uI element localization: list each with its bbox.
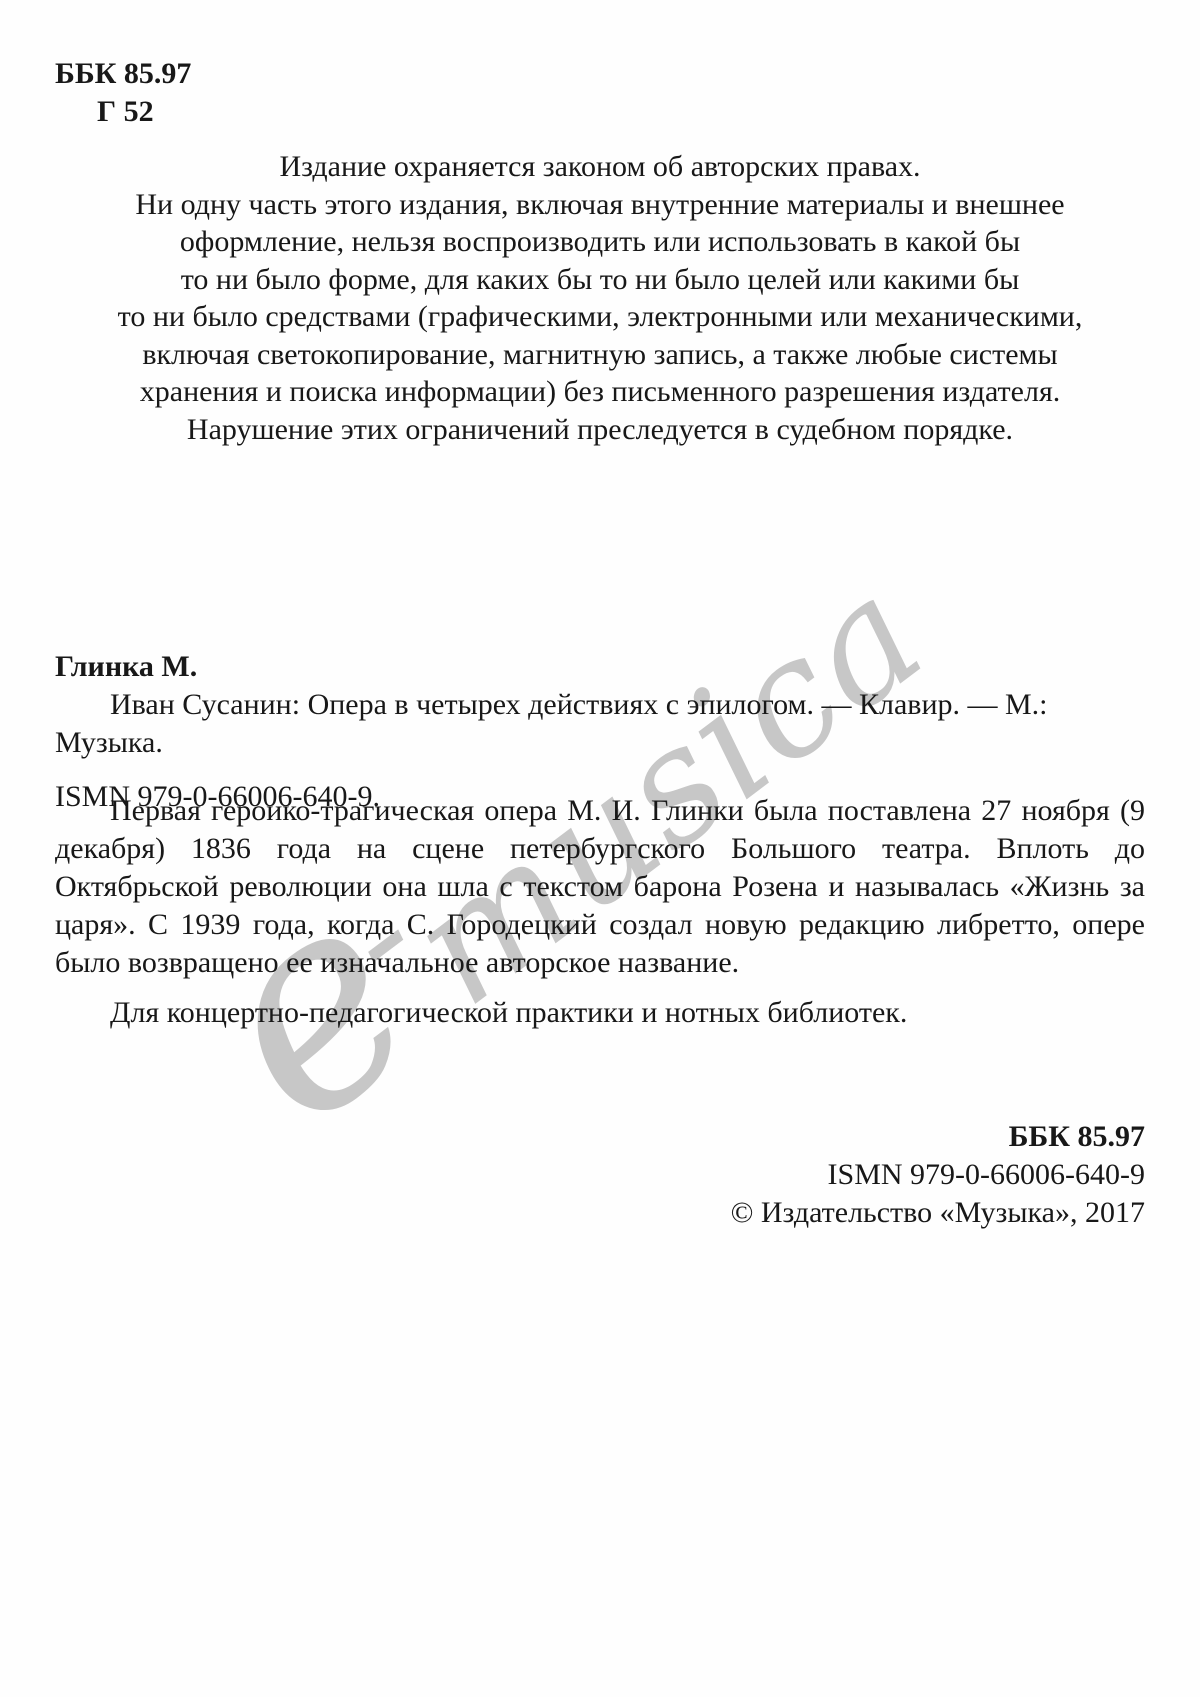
notice-line: Ни одну часть этого издания, включая вну… (50, 186, 1150, 224)
bbk-code: ББК 85.97 (55, 55, 191, 93)
copyright-notice: Издание охраняется законом об авторских … (50, 148, 1150, 448)
imprint-bbk: ББК 85.97 (731, 1118, 1145, 1156)
audience-line: Для концертно-педагогической практики и … (55, 994, 1145, 1032)
notice-line: оформление, нельзя воспроизводить или ис… (50, 223, 1150, 261)
annotation-paragraph: Первая героико-трагическая опера М. И. Г… (55, 792, 1145, 982)
imprint-ismn: ISMN 979-0-66006-640-9 (731, 1156, 1145, 1194)
notice-line: Нарушение этих ограничений преследуется … (50, 411, 1150, 449)
notice-line: то ни было форме, для каких бы то ни был… (50, 261, 1150, 299)
notice-line: включая светокопирование, магнитную запи… (50, 336, 1150, 374)
bibliographic-entry: Иван Сусанин: Опера в четырех действиях … (55, 686, 1145, 762)
catalog-entry-block: Глинка М. Иван Сусанин: Опера в четырех … (55, 648, 1145, 816)
notice-line: Издание охраняется законом об авторских … (50, 148, 1150, 186)
classification-codes: ББК 85.97 Г 52 (55, 55, 191, 131)
author-sign-code: Г 52 (55, 93, 191, 131)
notice-line: хранения и поиска информации) без письме… (50, 373, 1150, 411)
imprint-copyright: © Издательство «Музыка», 2017 (731, 1194, 1145, 1232)
imprint-block: ББК 85.97 ISMN 979-0-66006-640-9 © Издат… (731, 1118, 1145, 1232)
notice-line: то ни было средствами (графическими, эле… (50, 298, 1150, 336)
annotation-block: Первая героико-трагическая опера М. И. Г… (55, 792, 1145, 1032)
book-imprint-page: e-musica ББК 85.97 Г 52 Издание охраняет… (0, 0, 1200, 1697)
author-heading: Глинка М. (55, 648, 1145, 686)
